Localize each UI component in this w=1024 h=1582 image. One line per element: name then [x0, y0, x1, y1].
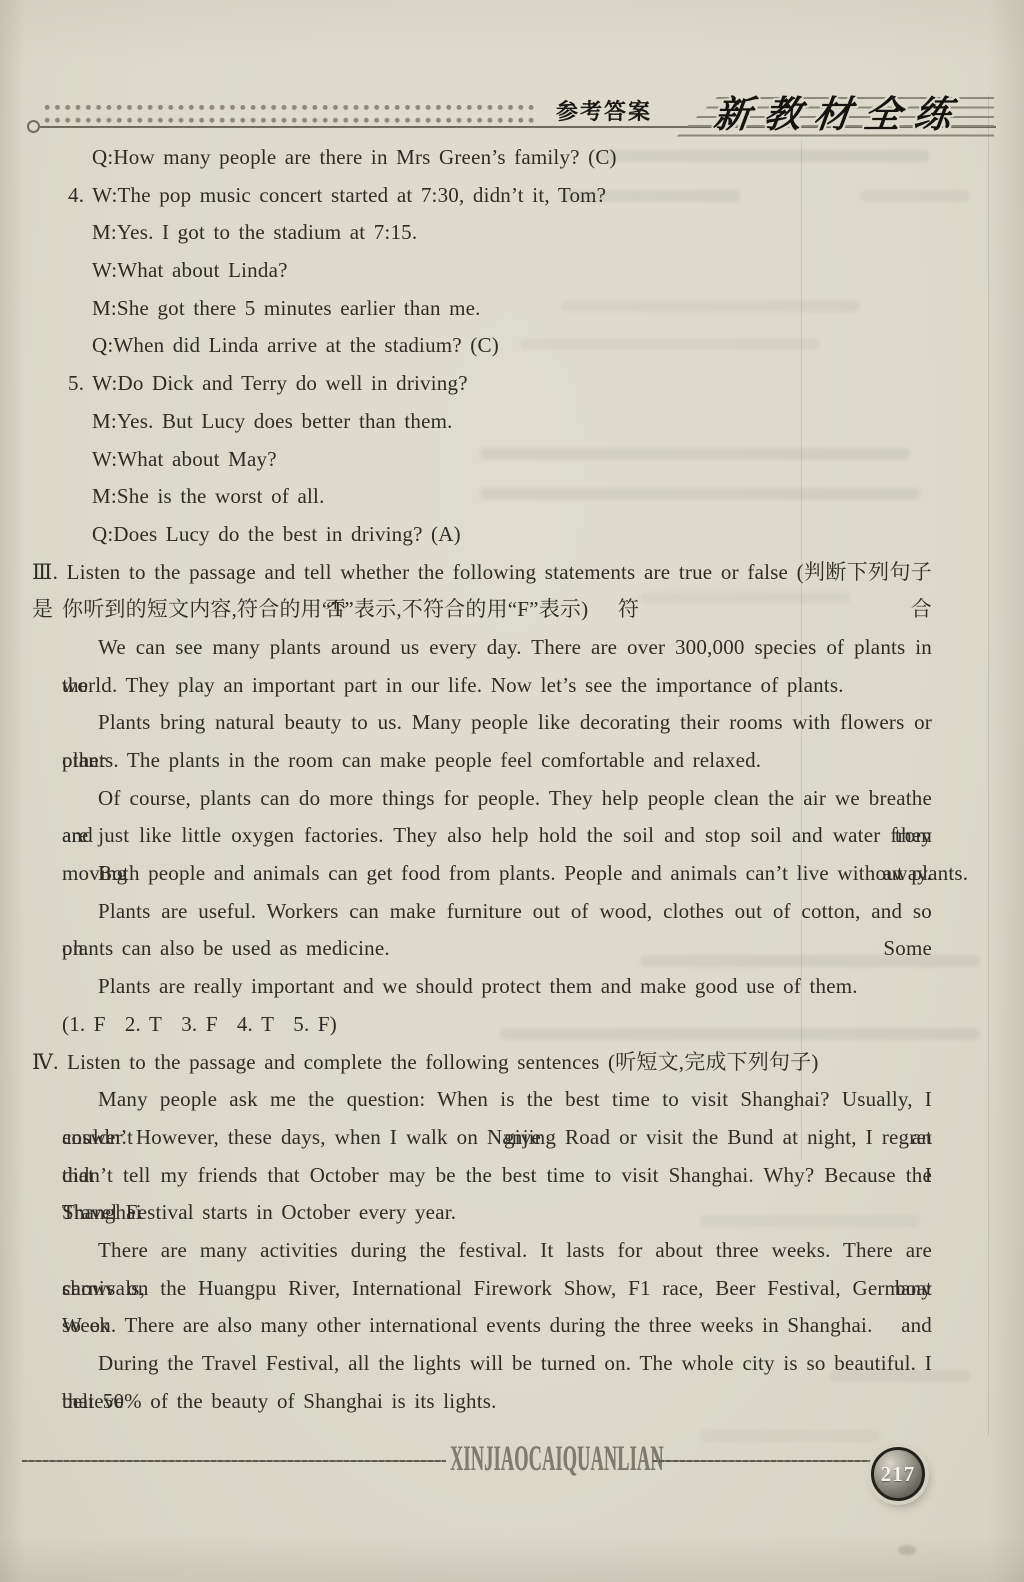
text-line: Ⅳ. Listen to the passage and complete th…: [32, 1044, 932, 1082]
text-line: (1. F 2. T 3. F 4. T 5. F): [62, 1006, 932, 1044]
text-line: Ⅲ. Listen to the passage and tell whethe…: [32, 554, 932, 592]
text-line: Q:When did Linda arrive at the stadium? …: [92, 327, 932, 365]
text-line: Plants are useful. Workers can make furn…: [62, 893, 932, 931]
brand-logo: 新教材全练: [711, 94, 1016, 136]
paper-crease: [988, 95, 989, 1435]
text-line: Q:How many people are there in Mrs Green…: [92, 139, 932, 177]
text-line: M:Yes. But Lucy does better than them.: [92, 403, 932, 441]
page-number-badge: 217: [871, 1447, 925, 1501]
text-line: M:She got there 5 minutes earlier than m…: [92, 290, 932, 328]
text-line: 5. W:Do Dick and Terry do well in drivin…: [68, 365, 932, 403]
footer-rule-right: [652, 1460, 872, 1462]
text-line: 4. W:The pop music concert started at 7:…: [68, 177, 932, 215]
text-line: Travel Festival starts in October every …: [62, 1194, 932, 1232]
text-line: We can see many plants around us every d…: [62, 629, 932, 667]
text-line: M:She is the worst of all.: [92, 478, 932, 516]
text-line: shows on the Huangpu River, Internationa…: [62, 1270, 932, 1308]
text-line: didn’t tell my friends that October may …: [62, 1157, 932, 1195]
text-line: so on. There are also many other interna…: [62, 1307, 932, 1345]
text-line: Many people ask me the question: When is…: [62, 1081, 932, 1119]
text-line: There are many activities during the fes…: [62, 1232, 932, 1270]
text-line: Both people and animals can get food fro…: [62, 855, 932, 893]
answers-section-label: 参考答案: [556, 99, 652, 125]
text-line: M:Yes. I got to the stadium at 7:15.: [92, 214, 932, 252]
text-line: During the Travel Festival, all the ligh…: [62, 1345, 932, 1383]
text-line: Of course, plants can do more things for…: [62, 780, 932, 818]
text-line: plants. The plants in the room can make …: [62, 742, 932, 780]
text-line: Q:Does Lucy do the best in driving? (A): [92, 516, 932, 554]
text-line: are just like little oxygen factories. T…: [62, 817, 932, 855]
text-line: answer. However, these days, when I walk…: [62, 1119, 932, 1157]
content-lines: Q:How many people are there in Mrs Green…: [32, 139, 932, 1420]
text-line: W:What about May?: [92, 441, 932, 479]
text-line: world. They play an important part in ou…: [62, 667, 932, 705]
text-line: Plants bring natural beauty to us. Many …: [62, 704, 932, 742]
text-line: Plants are really important and we shoul…: [62, 968, 932, 1006]
footer-brand-romanized: XINJIAOCAIQUANLIAN: [450, 1438, 664, 1480]
text-line: W:What about Linda?: [92, 252, 932, 290]
page-number: 217: [881, 1462, 916, 1487]
scanned-page: { "colors": { "paper": "#dcd9ca", "ink":…: [0, 0, 1024, 1582]
footer-rule-left: [22, 1460, 446, 1462]
paper-smudge: [898, 1545, 916, 1555]
bleed-through-artifact: [700, 1430, 880, 1442]
dotted-divider: [42, 100, 538, 125]
text-line: that 50% of the beauty of Shanghai is it…: [62, 1383, 932, 1421]
